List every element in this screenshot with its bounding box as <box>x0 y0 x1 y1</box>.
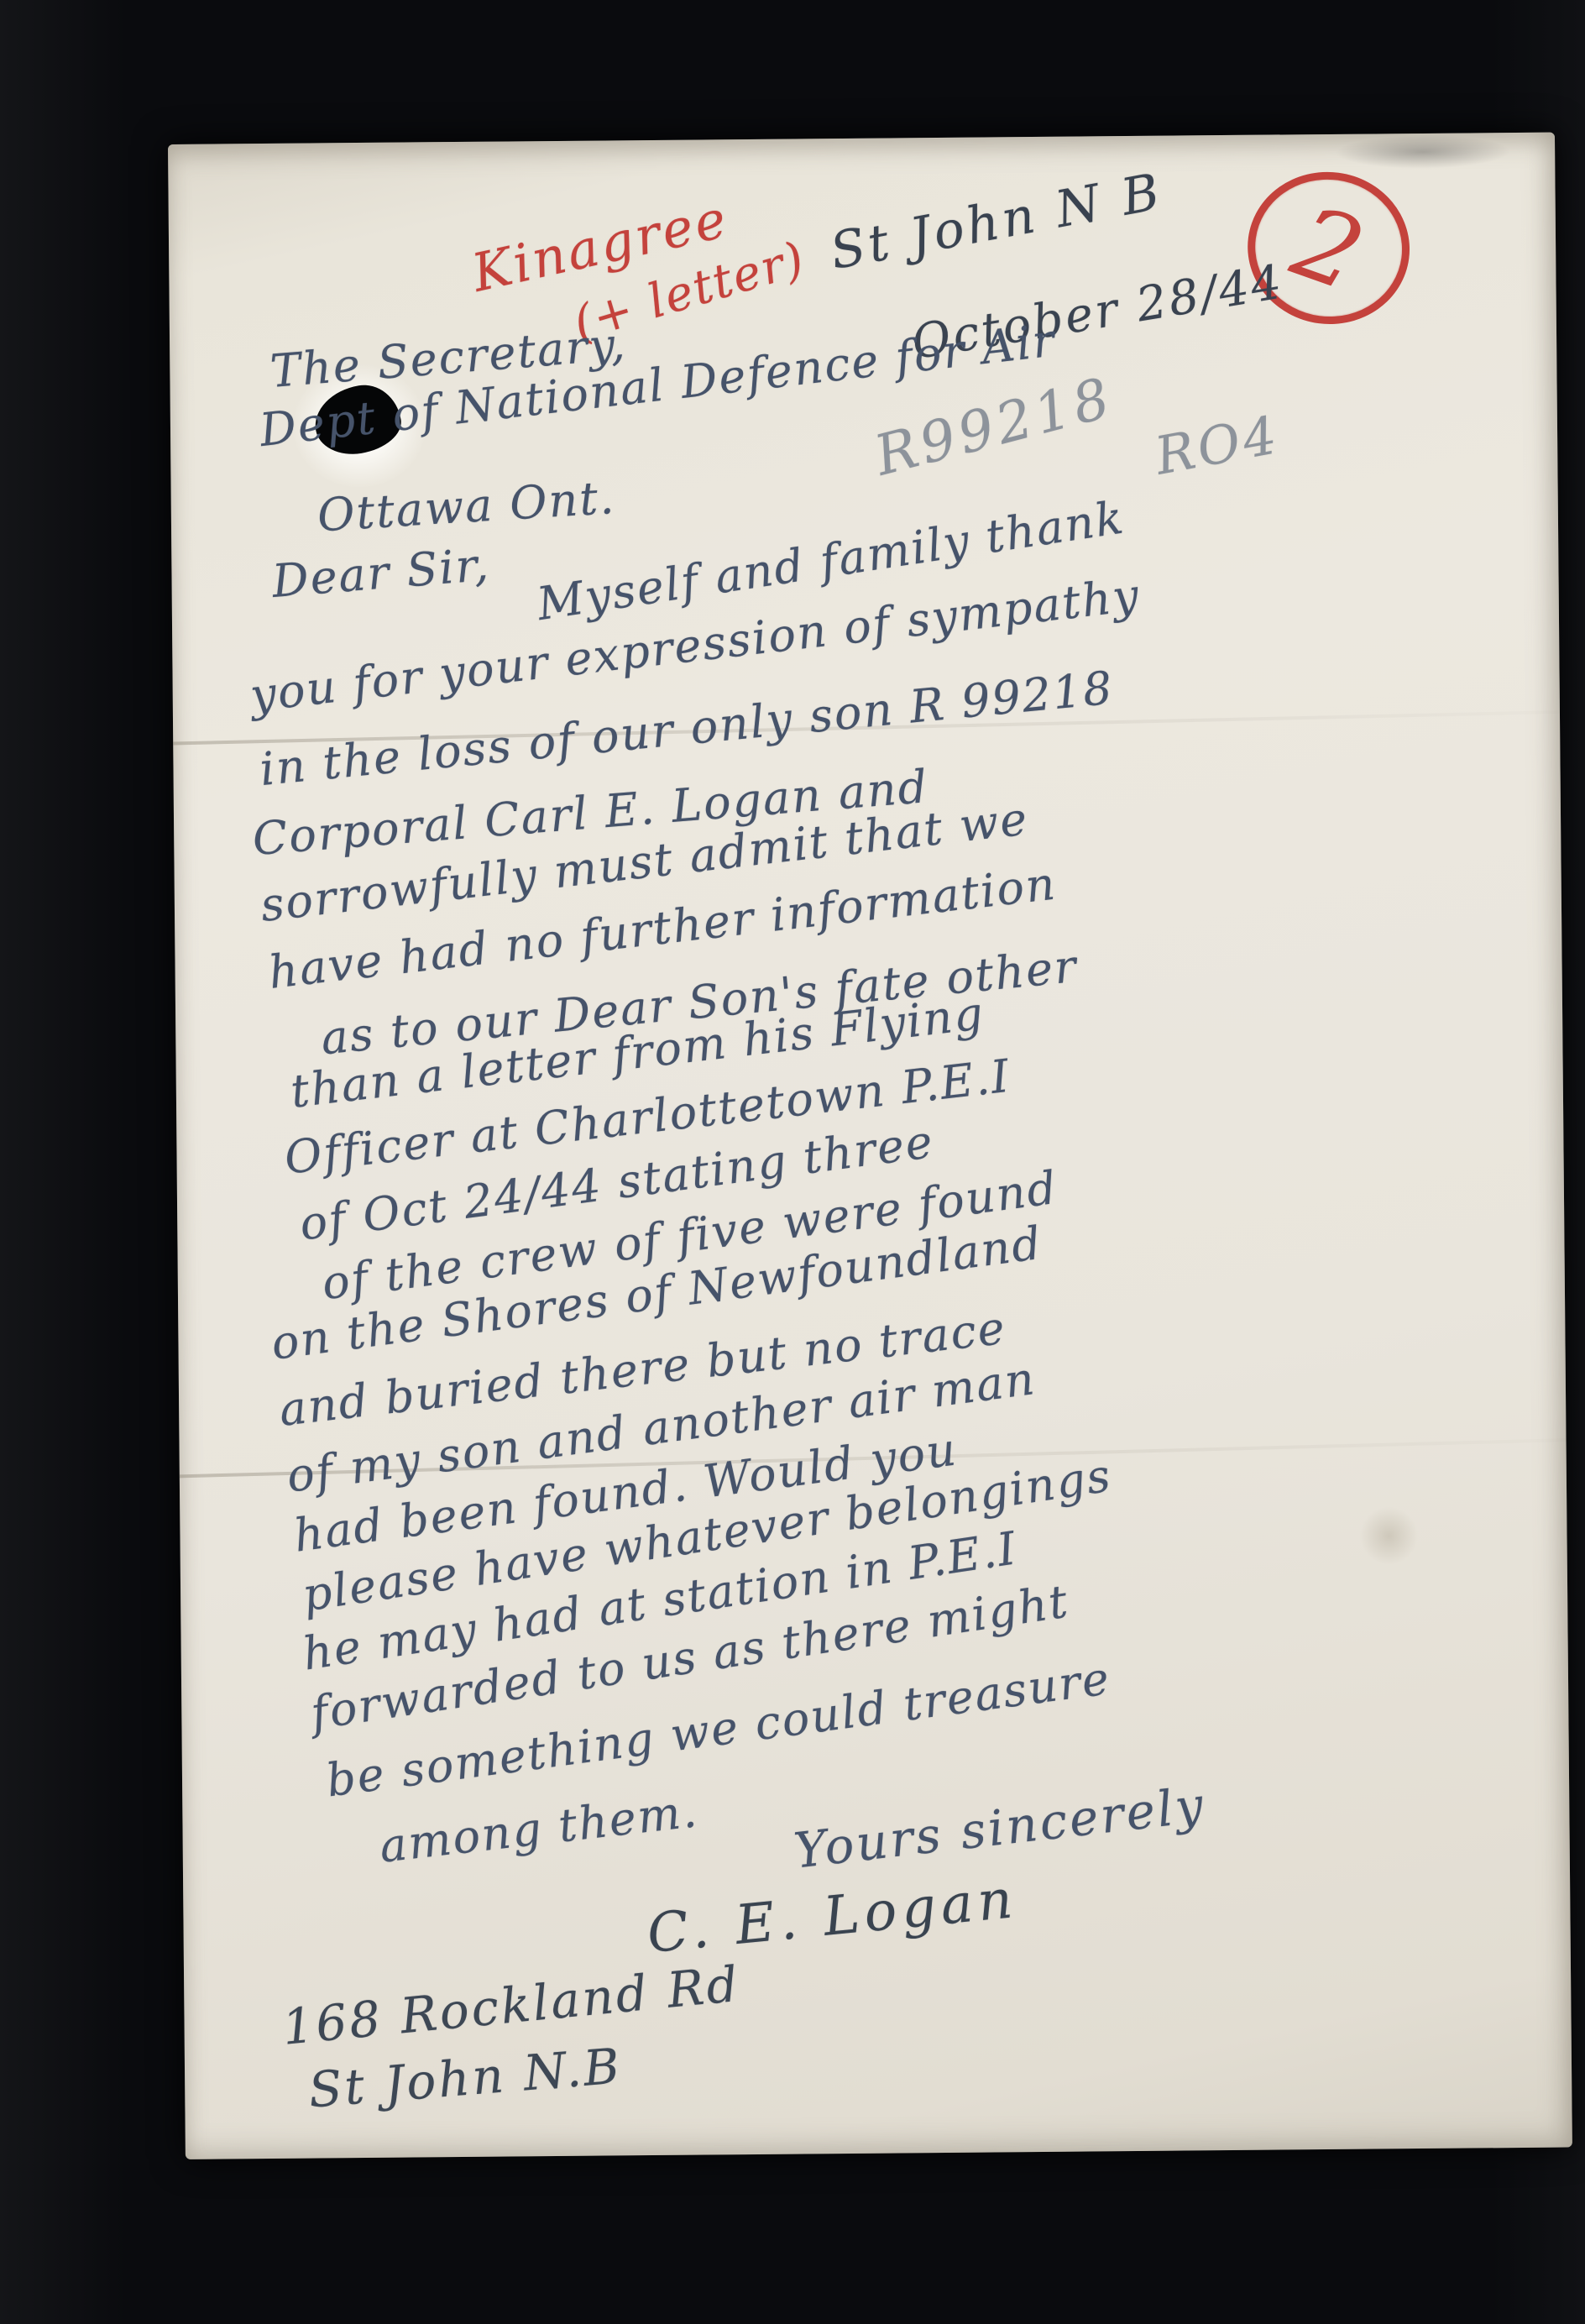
letter-page: Kinagree (+ letter) 2 St John N B Octobe… <box>168 133 1572 2159</box>
pencil-code: RO4 <box>1150 404 1284 487</box>
paper-smudge <box>1335 134 1511 170</box>
salutation: Dear Sir, <box>270 538 492 608</box>
scan-background: Kinagree (+ letter) 2 St John N B Octobe… <box>0 0 1585 2324</box>
header-place: St John N B <box>826 162 1168 281</box>
valediction: Yours sincerely <box>791 1776 1208 1879</box>
sender-address-line: 168 Rockland Rd <box>280 1955 742 2056</box>
sender-address-line: St John N.B <box>306 2037 624 2118</box>
body-line: among them. <box>377 1784 701 1873</box>
page-number: 2 <box>1283 191 1375 305</box>
signature: C. E. Logan <box>645 1868 1020 1965</box>
paper-stain <box>1359 1506 1419 1566</box>
